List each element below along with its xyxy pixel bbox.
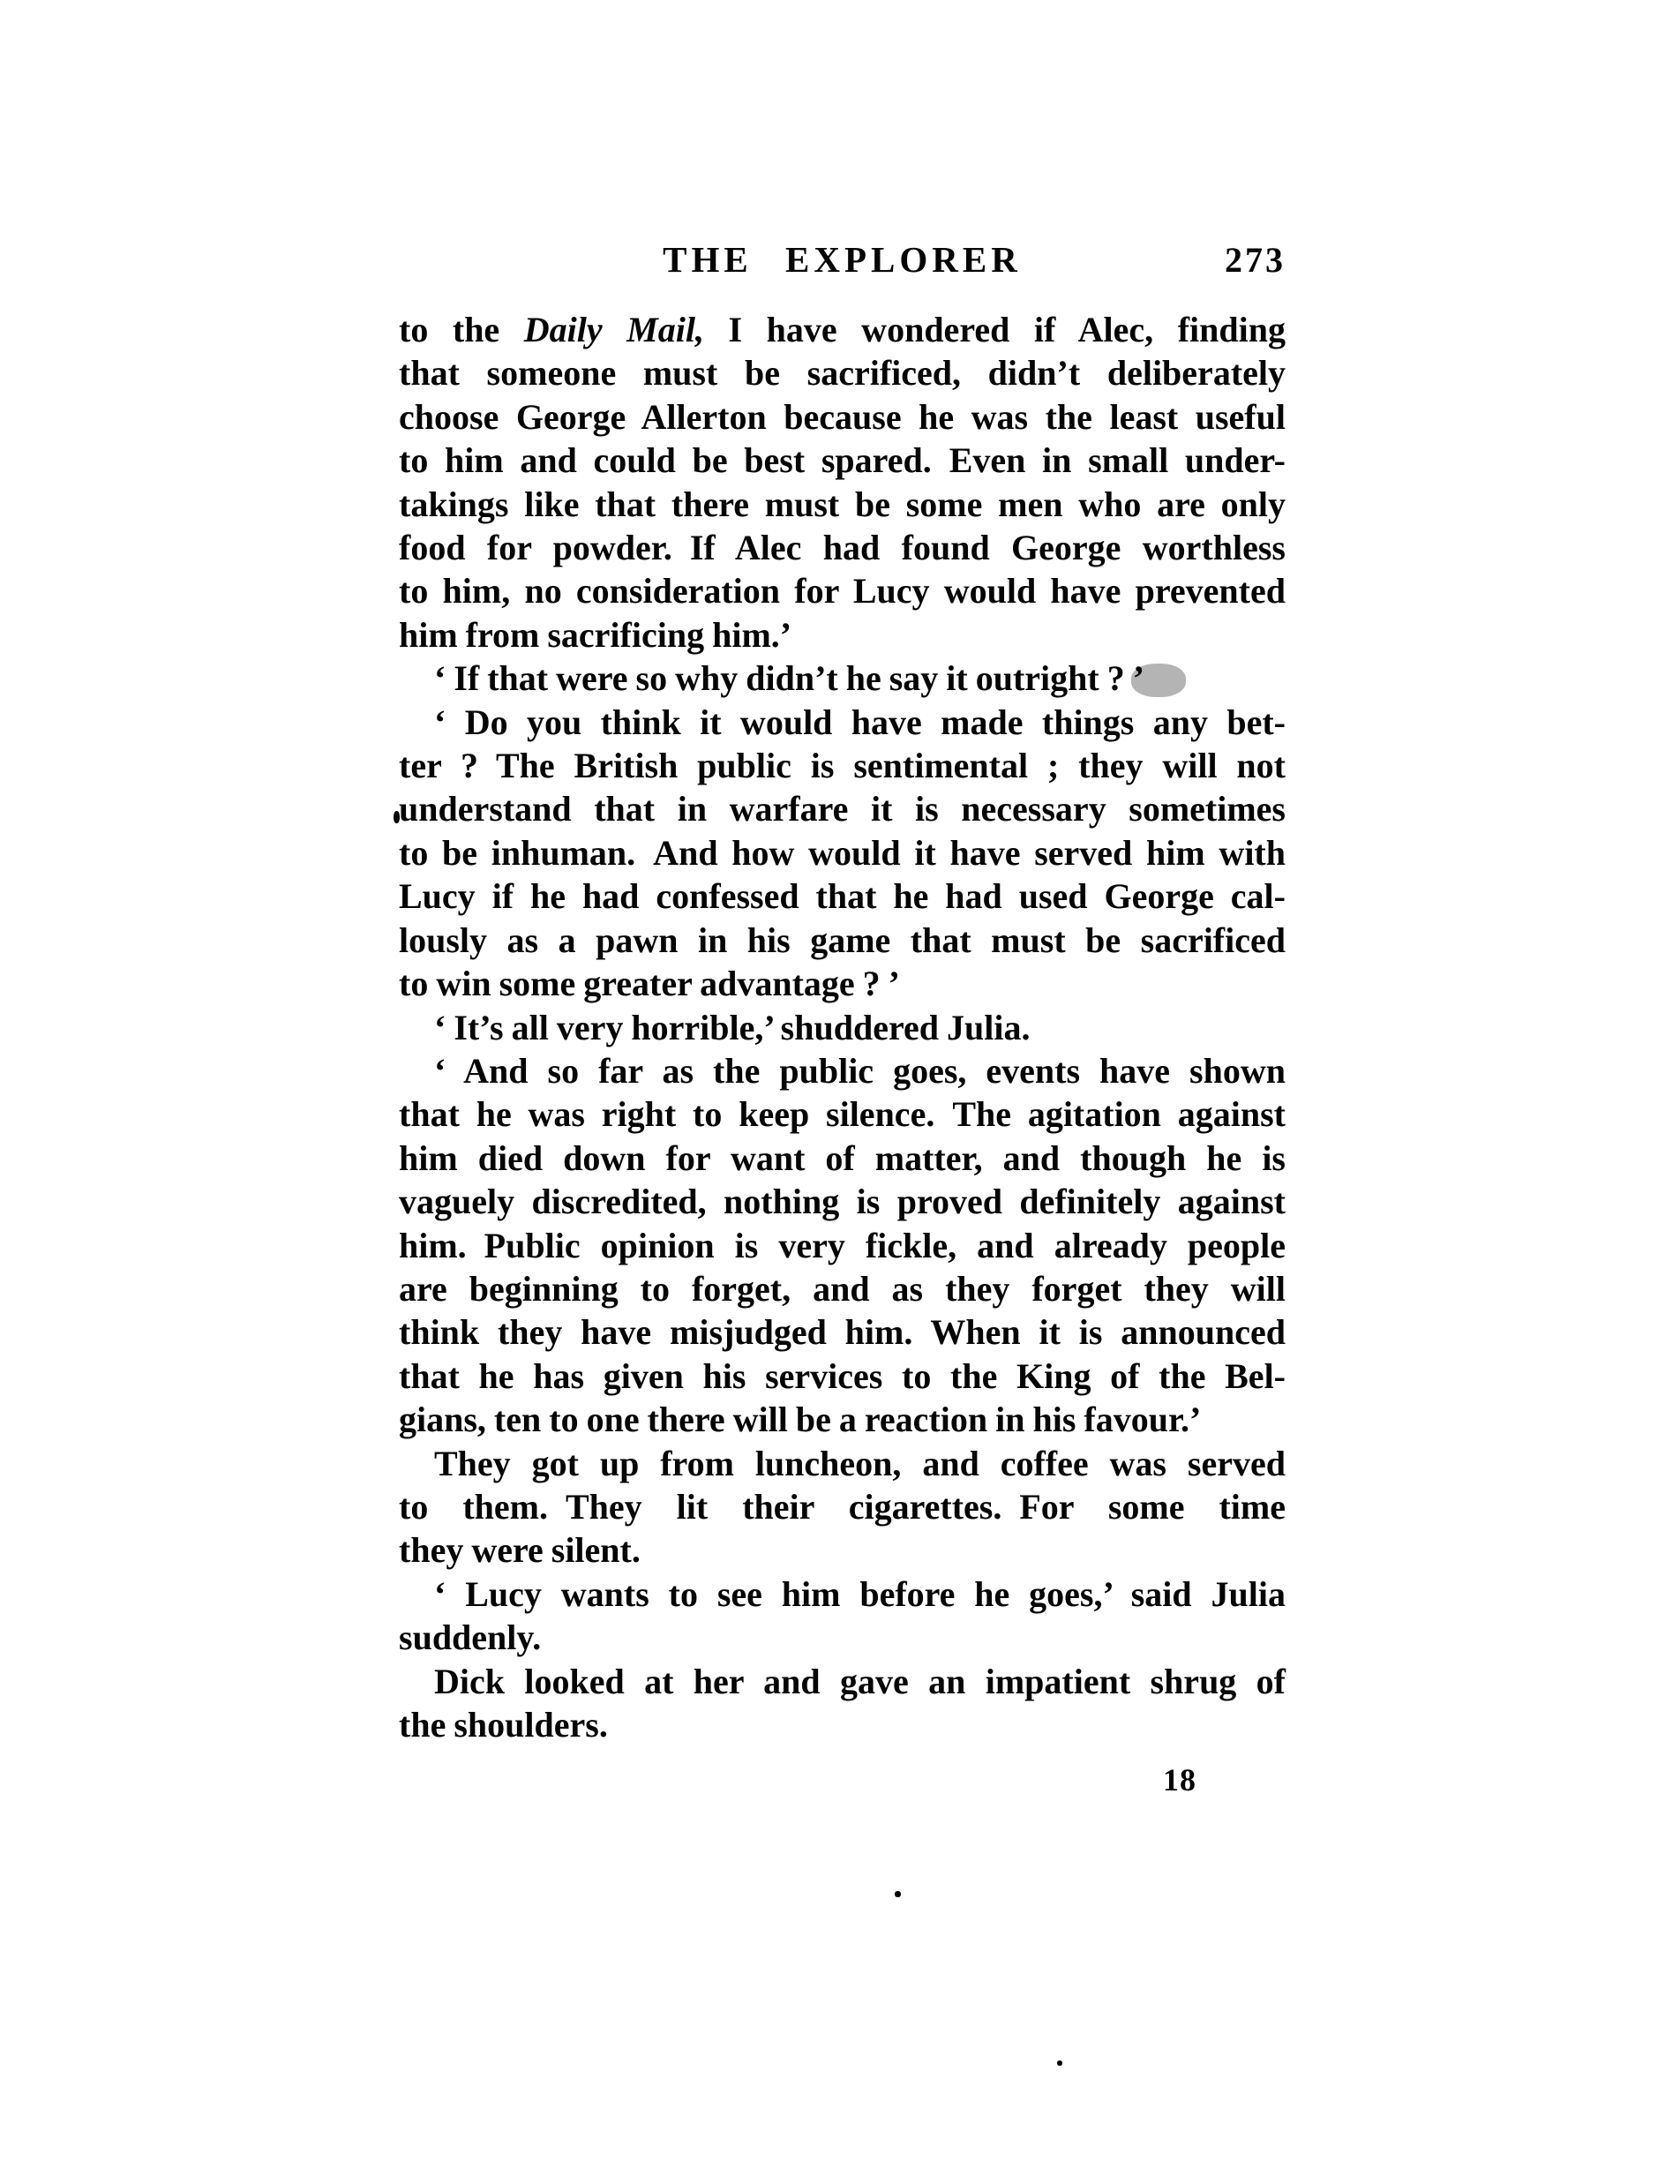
- text-line: ‘ Do you think it would have made things…: [399, 701, 1286, 744]
- text-segment: ‘ It’s all very horrible,’ shuddered Jul…: [434, 1008, 1030, 1047]
- text-line: understand that in warfare it is necessa…: [399, 787, 1286, 830]
- text-segment: the shoulders.: [399, 1705, 608, 1745]
- body-text: to the Daily Mail, I have wondered if Al…: [399, 308, 1286, 1746]
- text-segment: are beginning to forget, and as they for…: [399, 1269, 1286, 1309]
- text-segment: that he has given his services to the Ki…: [399, 1356, 1286, 1396]
- text-line: that he has given his services to the Ki…: [399, 1355, 1286, 1398]
- text-line: choose George Allerton because he was th…: [399, 395, 1286, 439]
- text-segment: I have wondered if Alec, finding: [704, 310, 1286, 349]
- text-segment: that he was right to keep silence. The a…: [399, 1094, 1286, 1134]
- text-line: think they have misjudged him. When it i…: [399, 1310, 1286, 1354]
- text-segment: to be inhuman. And how would it have ser…: [399, 833, 1286, 873]
- text-line: ‘ And so far as the public goes, events …: [399, 1049, 1286, 1092]
- text-line: to him, no consideration for Lucy would …: [399, 569, 1286, 612]
- running-head: THE EXPLORER 273: [399, 240, 1286, 284]
- text-segment: Dick looked at her and gave an impatient…: [434, 1662, 1286, 1701]
- text-segment: Lucy if he had confessed that he had use…: [399, 876, 1286, 916]
- text-line: vaguely discredited, nothing is proved d…: [399, 1180, 1286, 1223]
- ink-speck: [394, 811, 400, 823]
- text-segment: him from sacrificing him.’: [399, 615, 791, 655]
- text-line: that someone must be sacrificed, didn’t …: [399, 351, 1286, 394]
- text-line: Dick looked at her and gave an impatient…: [399, 1660, 1286, 1703]
- text-line: ter ? The British public is sentimental …: [399, 744, 1286, 787]
- signature-mark: 18: [1163, 1763, 1196, 1797]
- text-segment: to them. They lit their cigarettes. For …: [399, 1487, 1286, 1527]
- text-line: food for powder. If Alec had found Georg…: [399, 526, 1286, 569]
- page-title: THE EXPLORER: [399, 240, 1286, 279]
- text-segment: ‘ Do you think it would have made things…: [434, 702, 1286, 742]
- text-segment: ter ? The British public is sentimental …: [399, 746, 1286, 785]
- text-segment: understand that in warfare it is necessa…: [399, 789, 1286, 829]
- text-segment: gians, ten to one there will be a reacti…: [399, 1400, 1201, 1439]
- text-segment: suddenly.: [399, 1617, 541, 1657]
- text-line: takings like that there must be some men…: [399, 483, 1286, 526]
- ink-speck: [895, 1891, 901, 1897]
- text-line: Lucy if he had confessed that he had use…: [399, 874, 1286, 918]
- text-segment: him. Public opinion is very fickle, and …: [399, 1226, 1286, 1265]
- text-segment: him died down for want of matter, and th…: [399, 1138, 1286, 1178]
- text-segment: lously as a pawn in his game that must b…: [399, 920, 1286, 960]
- text-segment: they were silent.: [399, 1530, 641, 1570]
- text-line: They got up from luncheon, and coffee wa…: [399, 1442, 1286, 1485]
- text-segment: They got up from luncheon, and coffee wa…: [434, 1444, 1286, 1483]
- text-line: to the Daily Mail, I have wondered if Al…: [399, 308, 1286, 351]
- text-line: him. Public opinion is very fickle, and …: [399, 1224, 1286, 1267]
- text-line: that he was right to keep silence. The a…: [399, 1092, 1286, 1136]
- text-segment: to win some greater advantage ? ’: [399, 964, 900, 1003]
- text-segment: ‘ And so far as the public goes, events …: [434, 1051, 1286, 1091]
- text-line: him died down for want of matter, and th…: [399, 1137, 1286, 1180]
- text-segment: that someone must be sacrificed, didn’t …: [399, 353, 1286, 393]
- text-segment: food for powder. If Alec had found Georg…: [399, 528, 1286, 567]
- text-segment: choose George Allerton because he was th…: [399, 397, 1286, 437]
- text-line: they were silent.: [399, 1528, 1286, 1572]
- text-line: to them. They lit their cigarettes. For …: [399, 1485, 1286, 1528]
- text-segment: vaguely discredited, nothing is proved d…: [399, 1182, 1286, 1221]
- text-line: him from sacrificing him.’: [399, 613, 1286, 657]
- text-line: gians, ten to one there will be a reacti…: [399, 1398, 1286, 1441]
- book-page: THE EXPLORER 273 to the Daily Mail, I ha…: [0, 0, 1680, 2184]
- text-line: to him and could be best spared. Even in…: [399, 439, 1286, 482]
- text-segment: takings like that there must be some men…: [399, 484, 1286, 524]
- text-line: to win some greater advantage ? ’: [399, 962, 1286, 1005]
- text-line: ‘ It’s all very horrible,’ shuddered Jul…: [399, 1006, 1286, 1049]
- text-line: lously as a pawn in his game that must b…: [399, 919, 1286, 962]
- text-segment: ‘ If that were so why didn’t he say it o…: [434, 658, 1144, 698]
- text-line: ‘ Lucy wants to see him before he goes,’…: [399, 1572, 1286, 1616]
- text-line: are beginning to forget, and as they for…: [399, 1267, 1286, 1310]
- italic-text: Daily Mail,: [524, 310, 704, 349]
- text-segment: to the: [399, 310, 524, 349]
- page-number: 273: [1225, 242, 1286, 279]
- text-segment: think they have misjudged him. When it i…: [399, 1312, 1286, 1352]
- text-line: the shoulders.: [399, 1703, 1286, 1746]
- text-segment: to him and could be best spared. Even in…: [399, 440, 1286, 480]
- text-segment: to him, no consideration for Lucy would …: [399, 571, 1286, 611]
- ink-speck: [1057, 2060, 1062, 2066]
- text-segment: ‘ Lucy wants to see him before he goes,’…: [434, 1574, 1286, 1614]
- ink-blot: [1131, 664, 1186, 697]
- text-line: to be inhuman. And how would it have ser…: [399, 831, 1286, 874]
- text-line: suddenly.: [399, 1616, 1286, 1659]
